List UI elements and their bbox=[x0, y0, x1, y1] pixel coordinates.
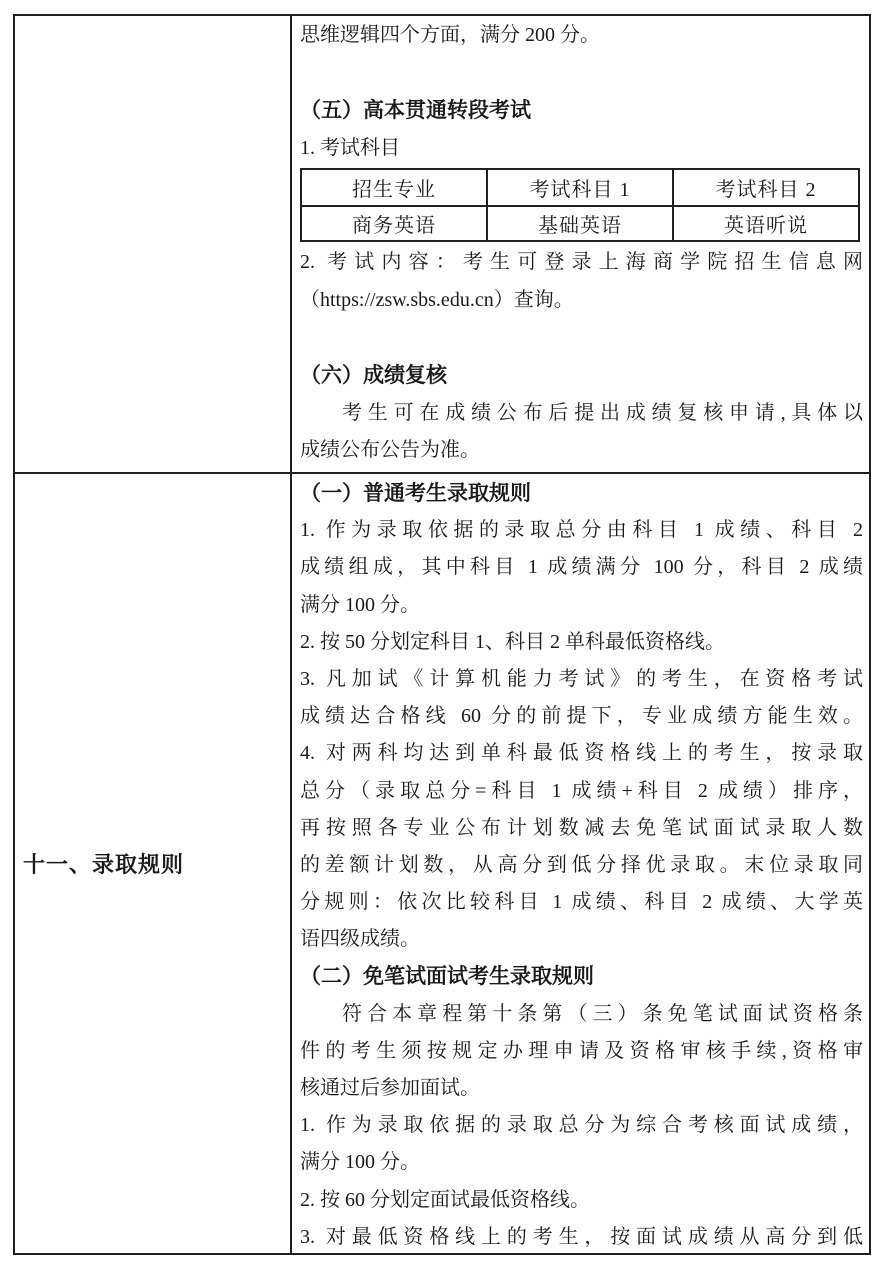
subject-table-data-row: 商务英语 基础英语 英语听说 bbox=[301, 206, 859, 241]
line-rule1-item3-a: 3. 凡加试《计算机能力考试》的考生，在资格考试 bbox=[300, 661, 863, 698]
heading-section5-transfer-exam: （五）高本贯通转段考试 bbox=[300, 92, 863, 130]
subject-table-cell-major: 商务英语 bbox=[301, 206, 487, 241]
line-rule1-item4-b: 总分（录取总分=科目 1 成绩+科目 2 成绩）排序， bbox=[300, 773, 863, 810]
heading-section6-score-review: （六）成绩复核 bbox=[300, 357, 863, 395]
subject-table-cell-subject2: 英语听说 bbox=[673, 206, 859, 241]
line-exam-subjects-label: 1. 考试科目 bbox=[300, 130, 863, 168]
blank-line bbox=[300, 55, 863, 93]
subject-table-header-major: 招生专业 bbox=[301, 169, 487, 206]
line-score-review-part1: 考生可在成绩公布后提出成绩复核申请,具体以 bbox=[300, 395, 863, 433]
line-rule2-item1-a: 1. 作为录取依据的录取总分为综合考核面试成绩， bbox=[300, 1107, 863, 1144]
line-rule2-item2: 2. 按 60 分划定面试最低资格线。 bbox=[300, 1182, 863, 1219]
row-content-cell: 思维逻辑四个方面，满分 200 分。 （五）高本贯通转段考试 1. 考试科目 招… bbox=[292, 16, 869, 472]
line-rule1-item1-a: 1. 作为录取依据的录取总分由科目 1 成绩、科目 2 bbox=[300, 512, 863, 549]
line-rule1-item4-e: 分规则：依次比较科目 1 成绩、科目 2 成绩、大学英 bbox=[300, 884, 863, 921]
line-rule2-intro-a: 符合本章程第十条第（三）条免笔试面试资格条 bbox=[300, 996, 863, 1033]
line-exam-content-url: （https://zsw.sbs.edu.cn）查询。 bbox=[300, 282, 863, 320]
document-page: 思维逻辑四个方面，满分 200 分。 （五）高本贯通转段考试 1. 考试科目 招… bbox=[0, 0, 882, 1268]
line-rule1-item2: 2. 按 50 分划定科目 1、科目 2 单科最低资格线。 bbox=[300, 624, 863, 661]
subject-table-header-subject1: 考试科目 1 bbox=[487, 169, 673, 206]
line-rule2-intro-c: 核通过后参加面试。 bbox=[300, 1070, 863, 1107]
admissions-rules-table: 思维逻辑四个方面，满分 200 分。 （五）高本贯通转段考试 1. 考试科目 招… bbox=[13, 14, 871, 1255]
line-rule1-item3-b: 成绩达合格线 60 分的前提下，专业成绩方能生效。 bbox=[300, 698, 863, 735]
line-score-review-part2: 成绩公布公告为准。 bbox=[300, 432, 863, 470]
line-rule2-item1-b: 满分 100 分。 bbox=[300, 1144, 863, 1181]
line-rule1-item4-a: 4. 对两科均达到单科最低资格线上的考生，按录取 bbox=[300, 735, 863, 772]
blank-line bbox=[300, 320, 863, 358]
line-rule1-item4-c: 再按照各专业公布计划数减去免笔试面试录取人数 bbox=[300, 810, 863, 847]
line-rule1-item4-d: 的差额计划数，从高分到低分择优录取。末位录取同 bbox=[300, 847, 863, 884]
row-label-cell-empty bbox=[15, 16, 292, 472]
subject-table-header-subject2: 考试科目 2 bbox=[673, 169, 859, 206]
row-content-cell: （一）普通考生录取规则 1. 作为录取依据的录取总分由科目 1 成绩、科目 2 … bbox=[292, 474, 869, 1253]
line-rule2-intro-b: 件的考生须按规定办理申请及资格审核手续,资格审 bbox=[300, 1033, 863, 1070]
line-rule1-item1-c: 满分 100 分。 bbox=[300, 587, 863, 624]
row-label-cell: 十一、录取规则 bbox=[15, 474, 292, 1253]
subject-table-cell-subject1: 基础英语 bbox=[487, 206, 673, 241]
line-rule1-item1-b: 成绩组成，其中科目 1 成绩满分 100 分，科目 2 成绩 bbox=[300, 549, 863, 586]
table-row-exam-section: 思维逻辑四个方面，满分 200 分。 （五）高本贯通转段考试 1. 考试科目 招… bbox=[15, 16, 869, 474]
subject-table-header-row: 招生专业 考试科目 1 考试科目 2 bbox=[301, 169, 859, 206]
exam-subjects-table: 招生专业 考试科目 1 考试科目 2 商务英语 基础英语 英语听说 bbox=[300, 168, 860, 242]
heading-rule1-general-candidates: （一）普通考生录取规则 bbox=[300, 475, 863, 512]
table-row-admission-rules: 十一、录取规则 （一）普通考生录取规则 1. 作为录取依据的录取总分由科目 1 … bbox=[15, 474, 869, 1253]
line-prev-paragraph-end: 思维逻辑四个方面，满分 200 分。 bbox=[300, 17, 863, 55]
line-exam-content-part1: 2. 考试内容：考生可登录上海商学院招生信息网 bbox=[300, 244, 863, 282]
line-rule1-item4-f: 语四级成绩。 bbox=[300, 921, 863, 958]
line-rule2-item3: 3. 对最低资格线上的考生，按面试成绩从高分到低 bbox=[300, 1219, 863, 1253]
heading-rule2-interview-exempt: （二）免笔试面试考生录取规则 bbox=[300, 958, 863, 995]
row-label-admission-rules: 十一、录取规则 bbox=[23, 848, 184, 879]
